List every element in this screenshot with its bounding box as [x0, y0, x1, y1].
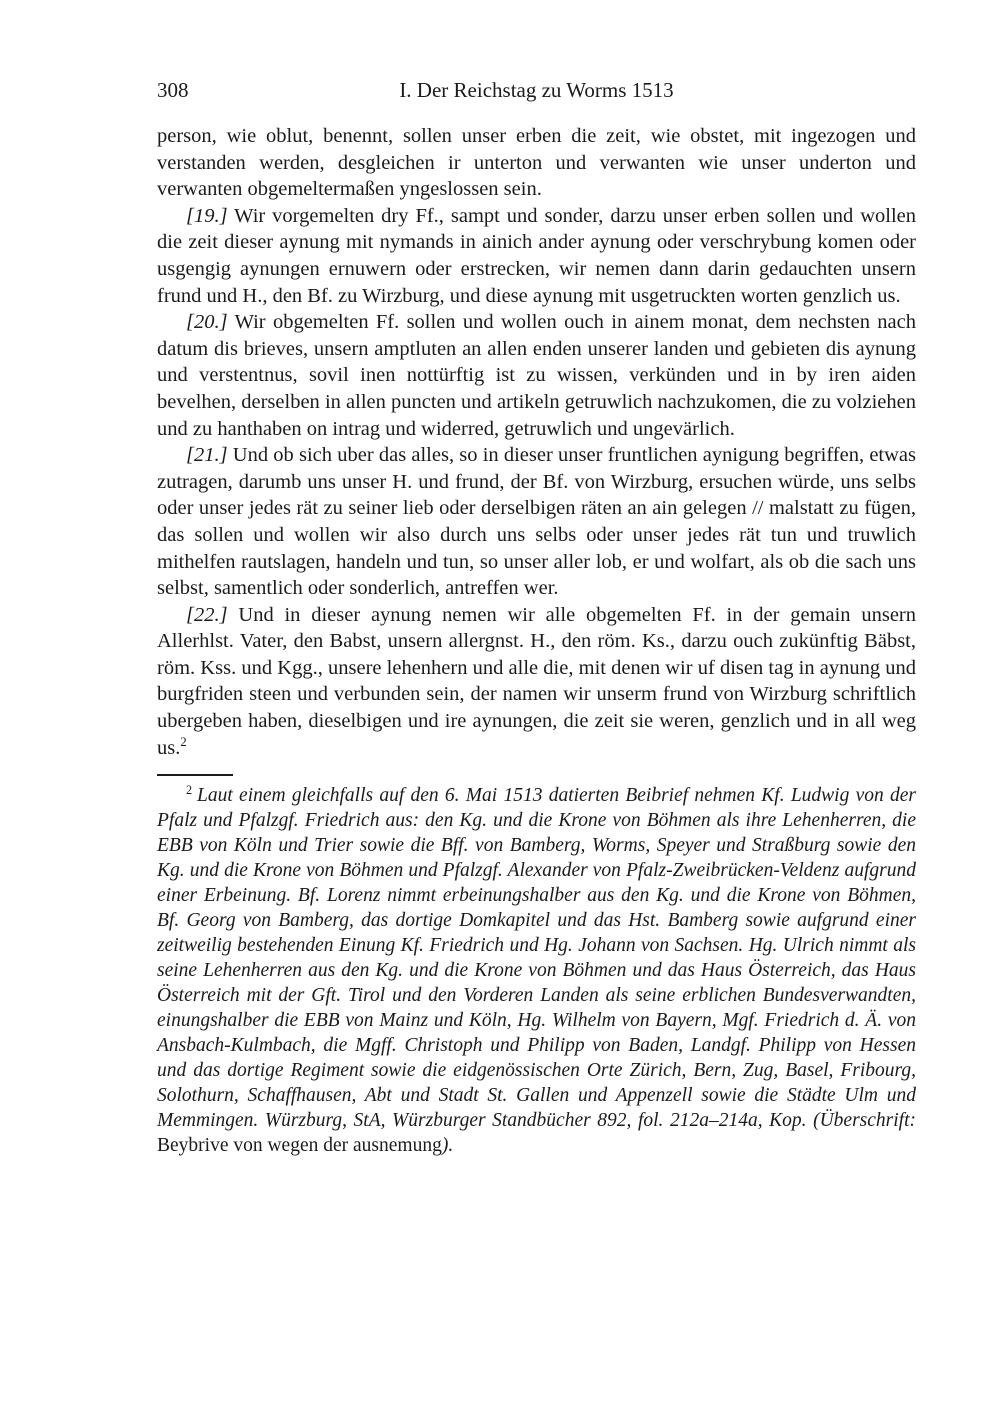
footnote-italic-text: Laut einem gleichfalls auf den 6. Mai 15…	[157, 785, 916, 1131]
section-number: [20.]	[186, 311, 228, 333]
footnote-reference: 2	[180, 735, 186, 749]
page-number: 308	[157, 78, 189, 103]
paragraph-continuation: person, wie oblut, benennt, sollen unser…	[157, 123, 916, 203]
footnote-area: 2Laut einem gleichfalls auf den 6. Mai 1…	[157, 774, 916, 1158]
main-text-block: person, wie oblut, benennt, sollen unser…	[157, 123, 916, 761]
section-number: [19.]	[186, 205, 228, 227]
footnote-separator-rule	[157, 774, 233, 776]
paragraph-22: [22.] Und in dieser aynung nemen wir all…	[157, 602, 916, 762]
footnote-2: 2Laut einem gleichfalls auf den 6. Mai 1…	[157, 783, 916, 1158]
paragraph-text: Und in dieser aynung nemen wir alle obge…	[157, 604, 916, 759]
running-header: 308 I. Der Reichstag zu Worms 1513	[157, 78, 916, 104]
footnote-closing: ).	[442, 1135, 453, 1156]
paragraph-text: Und ob sich uber das alles, so in dieser…	[157, 444, 916, 599]
footnote-marker: 2	[186, 783, 192, 797]
paragraph-text: Wir vorgemelten dry Ff., sampt und sonde…	[157, 205, 916, 307]
paragraph-text: Wir obgemelten Ff. sollen und wollen ouc…	[157, 311, 916, 439]
paragraph-20: [20.] Wir obgemelten Ff. sollen und woll…	[157, 309, 916, 442]
paragraph-text: person, wie oblut, benennt, sollen unser…	[157, 125, 916, 200]
book-page: 308 I. Der Reichstag zu Worms 1513 perso…	[0, 0, 1004, 1418]
footnote-quoted-heading: Beybrive von wegen der ausnemung	[157, 1135, 442, 1156]
running-title: I. Der Reichstag zu Worms 1513	[157, 78, 916, 103]
section-number: [21.]	[186, 444, 228, 466]
text-column: 308 I. Der Reichstag zu Worms 1513 perso…	[157, 78, 916, 1158]
paragraph-21: [21.] Und ob sich uber das alles, so in …	[157, 442, 916, 602]
paragraph-19: [19.] Wir vorgemelten dry Ff., sampt und…	[157, 203, 916, 309]
section-number: [22.]	[186, 604, 228, 626]
